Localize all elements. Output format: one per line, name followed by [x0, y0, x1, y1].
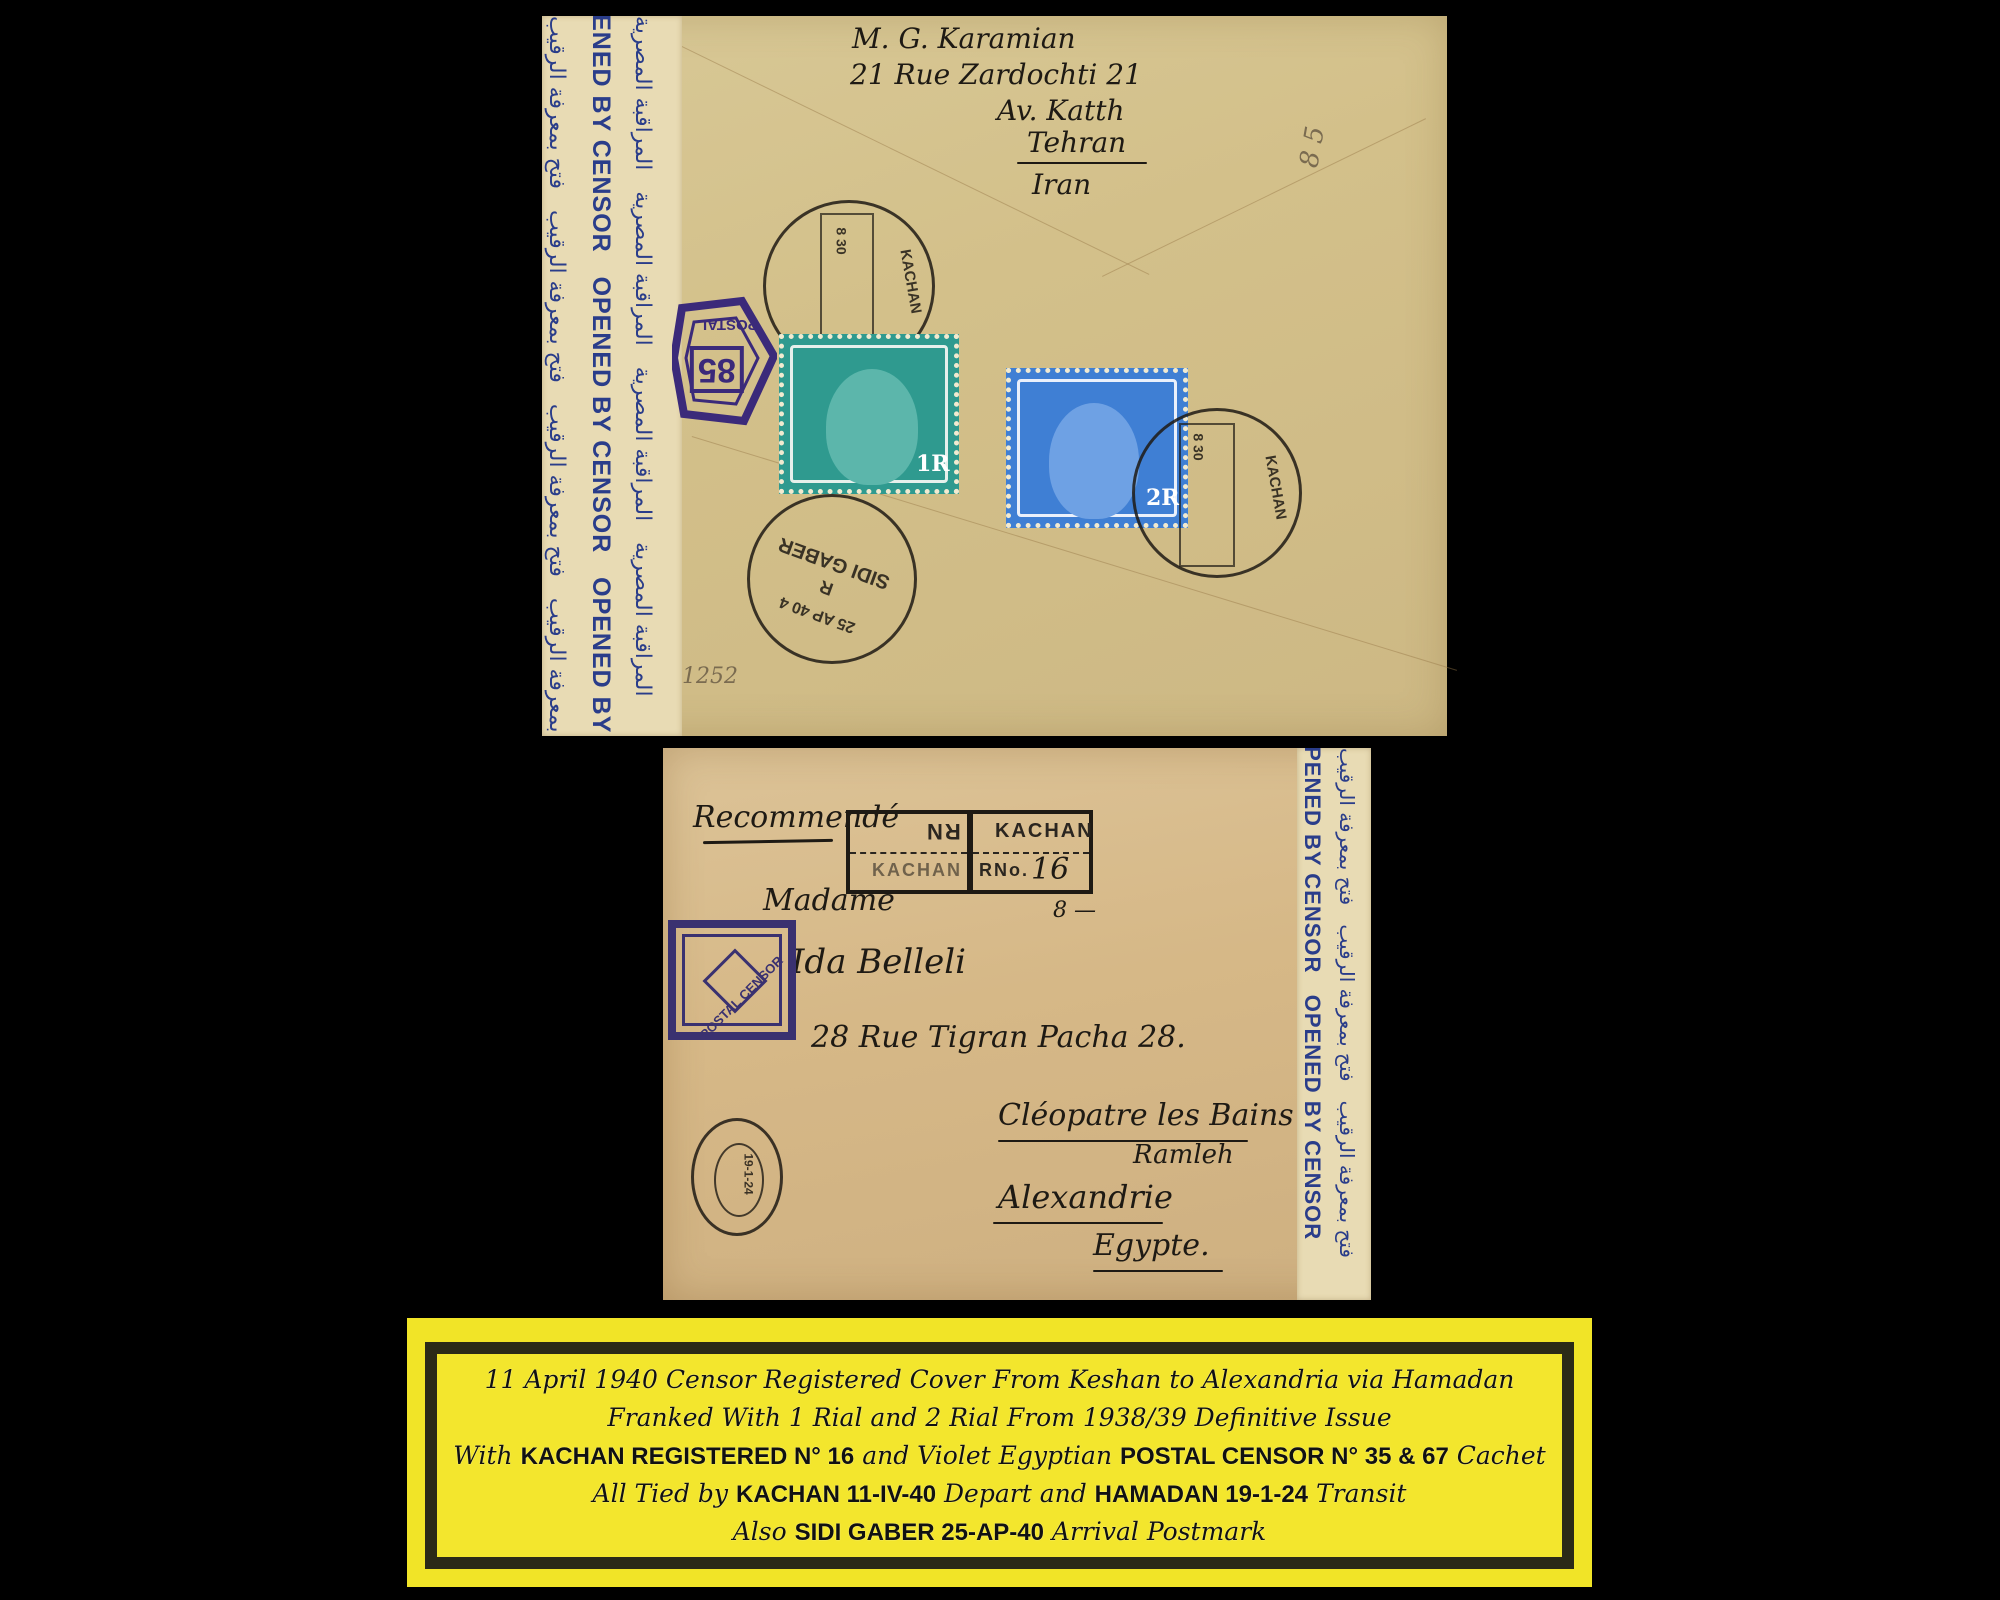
censor-tape-english: OPENED BY CENSOR OPENED BY CENSOR OPENED… — [586, 16, 615, 696]
country-underline — [1093, 1270, 1223, 1272]
flap-crease — [1102, 118, 1426, 277]
caption-text: All Tied by — [593, 1479, 736, 1508]
sender-country: Iran — [1032, 168, 1091, 201]
registration-office: KACHAN — [995, 820, 1094, 843]
caption-text: Cachet — [1449, 1441, 1546, 1470]
addressee-name: Ida Belleli — [791, 942, 966, 982]
date-box — [1179, 423, 1235, 567]
caption-highlight: SIDI GABER 25-AP-40 — [795, 1519, 1044, 1546]
caption-highlight: KACHAN REGISTERED N° 16 — [521, 1443, 855, 1470]
censor-tape-arabic-2: المراقبة المصرية المراقبة المصرية المراق… — [630, 16, 655, 736]
registration-prefix: RNo. — [979, 860, 1029, 881]
endorsement-underline — [703, 839, 833, 844]
caption-line: 11 April 1940 Censor Registered Cover Fr… — [485, 1365, 1515, 1395]
caption-text: Arrival Postmark — [1044, 1517, 1266, 1546]
note: 8 — — [1053, 898, 1096, 923]
address-street: 28 Rue Tigran Pacha 28. — [811, 1020, 1186, 1055]
censor-tape-arabic: فتح بمعرفة الرقيب فتح بمعرفة الرقيب فتح … — [1335, 748, 1359, 1300]
caption-text: Also — [733, 1517, 795, 1546]
cover-front: Recommendé RN KACHAN KACHAN RNo. 16 Mada… — [663, 748, 1371, 1300]
caption-text: Transit — [1308, 1479, 1406, 1508]
hamadan-transit-postmark: 19-1-24 — [691, 1118, 783, 1236]
city-underline — [993, 1222, 1163, 1224]
address-city: Alexandrie — [998, 1178, 1173, 1216]
address-suburb: Ramleh — [1133, 1140, 1234, 1170]
shah-portrait — [826, 369, 918, 485]
censor-tape: OPENED BY CENSOR OPENED BY CENSOR فتح بم… — [1297, 748, 1371, 1300]
addressee-title: Madame — [763, 883, 895, 918]
sender-street: 21 Rue Zardochti 21 — [850, 58, 1142, 91]
censor-tape-arabic: فتح بمعرفة الرقيب فتح بمعرفة الرقيب فتح … — [544, 16, 569, 736]
censor-tape: فتح بمعرفة الرقيب فتح بمعرفة الرقيب فتح … — [542, 16, 682, 736]
registration-label-left: RN KACHAN — [846, 810, 971, 894]
caption-line: All Tied by KACHAN 11-IV-40 Depart and H… — [593, 1479, 1407, 1509]
censor-tape-english: OPENED BY CENSOR OPENED BY CENSOR — [1299, 748, 1325, 1280]
sender-name: M. G. Karamian — [852, 22, 1076, 55]
kachan-registration-label[interactable]: KACHAN RNo. 16 — [969, 810, 1093, 894]
postal-censor-67-cachet: POSTAL CENSOR — [668, 920, 796, 1040]
pencil-note: 1252 — [682, 664, 738, 689]
caption-text: Depart and — [936, 1479, 1095, 1508]
cover-reverse: فتح بمعرفة الرقيب فتح بمعرفة الرقيب فتح … — [542, 16, 1447, 736]
caption-text: and Violet Egyptian — [854, 1441, 1120, 1470]
address-district: Cléopatre les Bains — [998, 1098, 1294, 1133]
city-underline — [1017, 162, 1147, 164]
caption-highlight: POSTAL CENSOR N° 35 & 67 — [1120, 1443, 1449, 1470]
caption-line: With KACHAN REGISTERED N° 16 and Violet … — [453, 1441, 1545, 1471]
sidi-gaber-postmark: SIDI GABER R 25 AP 40 4 — [747, 494, 917, 664]
caption-text: With — [453, 1441, 520, 1470]
caption-line: Franked With 1 Rial and 2 Rial From 1938… — [607, 1403, 1391, 1433]
caption-text: 11 April 1940 Censor Registered Cover Fr… — [485, 1365, 1515, 1394]
caption-highlight: KACHAN 11-IV-40 — [736, 1481, 936, 1508]
pencil-note: 8 5 — [1294, 124, 1331, 170]
caption-text: Franked With 1 Rial and 2 Rial From 1938… — [607, 1403, 1391, 1432]
exhibit-page: فتح بمعرفة الرقيب فتح بمعرفة الرقيب فتح … — [0, 0, 2000, 1600]
shah-portrait — [1049, 403, 1139, 519]
sender-city: Tehran — [1027, 126, 1126, 159]
caption-highlight: HAMADAN 19-1-24 — [1095, 1481, 1308, 1508]
caption-line: Also SIDI GABER 25-AP-40 Arrival Postmar… — [733, 1517, 1267, 1547]
registration-number: 16 — [1031, 852, 1069, 887]
address-country: Egypte. — [1093, 1228, 1210, 1263]
sender-avenue: Av. Katth — [997, 94, 1125, 127]
exhibit-caption: 11 April 1940 Censor Registered Cover Fr… — [407, 1318, 1592, 1587]
stamp-1-rial: 1R — [779, 334, 959, 494]
caption-frame: 11 April 1940 Censor Registered Cover Fr… — [425, 1342, 1574, 1569]
kachan-postmark: KACHAN 8 30 — [1132, 408, 1302, 578]
